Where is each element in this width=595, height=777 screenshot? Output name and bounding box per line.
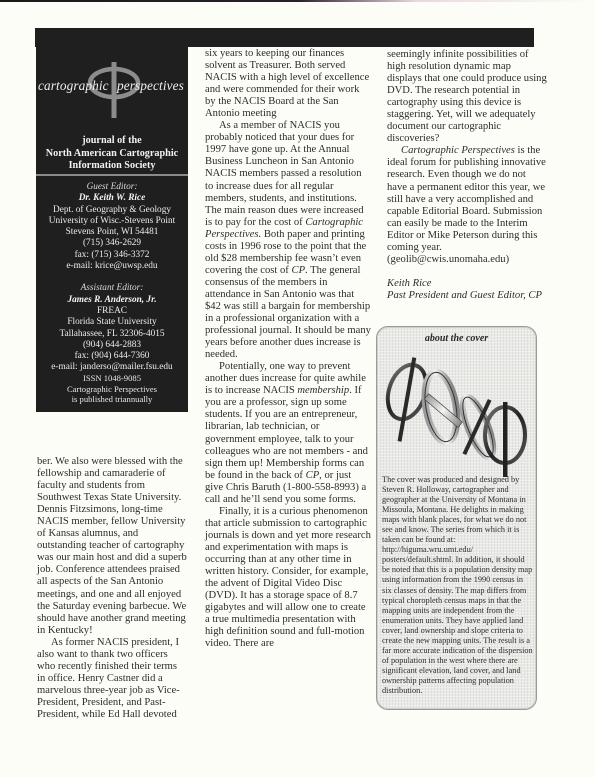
assistant-editor-university: Florida State University — [36, 317, 188, 328]
cp-italic: CP — [306, 470, 320, 481]
journal-title-italic: Cartographic Perspectives — [401, 145, 515, 156]
guest-editor-fax: fax: (715) 346-3372 — [36, 250, 188, 261]
guest-editor-city: Stevens Point, WI 54481 — [36, 227, 188, 238]
guest-editor-dept: Dept. of Geography & Geology — [36, 205, 188, 216]
assistant-editor-org: FREAC — [36, 306, 188, 317]
paragraph: Potentially, one way to prevent another … — [205, 361, 372, 506]
publication-frequency: is published triannually — [36, 394, 188, 405]
masthead-divider — [36, 174, 188, 176]
issn: ISSN 1048-9085 — [36, 373, 188, 384]
journal-logo: cartographic perspectives — [36, 62, 188, 118]
signature-title: Past President and Guest Editor, CP — [387, 290, 547, 302]
logo-word-cartographic: cartographic — [38, 78, 109, 94]
paragraph: Cartographic Perspectives is the ideal f… — [387, 145, 547, 265]
paragraph: Finally, it is a curious phenomenon that… — [205, 506, 372, 651]
journal-line: North American Cartographic — [36, 148, 188, 161]
assistant-editor-label: Assistant Editor: — [36, 283, 188, 294]
paragraph: ber. We also were blessed with the fello… — [37, 456, 187, 637]
publication-name: Cartographic Perspectives — [36, 384, 188, 395]
text-run: is the ideal forum for publishing innova… — [387, 145, 546, 264]
text-run: As a member of NACIS you probably notice… — [205, 120, 364, 227]
paragraph: seemingly infinite possibilities of high… — [387, 49, 547, 145]
cp-italic: CP — [292, 265, 306, 276]
paragraph: six years to keeping our finances solven… — [205, 48, 372, 120]
guest-editor-name: Dr. Keith W. Rice — [36, 193, 188, 204]
editor-contacts: Guest Editor: Dr. Keith W. Rice Dept. of… — [36, 182, 188, 374]
guest-editor-label: Guest Editor: — [36, 182, 188, 193]
journal-line: Information Society — [36, 160, 188, 173]
guest-editor-email: e-mail: krice@uwsp.edu — [36, 261, 188, 272]
assistant-editor-phone: (904) 644-2883 — [36, 340, 188, 351]
journal-line: journal of the — [36, 135, 188, 148]
guest-editor-university: University of Wisc.-Stevens Point — [36, 216, 188, 227]
assistant-editor-name: James R. Anderson, Jr. — [36, 295, 188, 306]
about-the-cover-box: about the cover The cover was — [376, 326, 537, 710]
membership-italic: membership — [297, 385, 349, 396]
text-run: . If you are a professor, sign up some s… — [205, 385, 368, 480]
logo-word-perspectives: perspectives — [117, 78, 184, 94]
phi-glyphs-illustration-icon — [381, 347, 533, 477]
article-column-2: six years to keeping our finances solven… — [205, 48, 372, 650]
about-the-cover-text: The cover was produced and designed by S… — [382, 475, 534, 696]
paragraph: As a member of NACIS you probably notice… — [205, 120, 372, 361]
article-column-1: ber. We also were blessed with the fello… — [37, 456, 187, 721]
journal-subtitle: journal of the North American Cartograph… — [36, 135, 188, 173]
assistant-editor-city: Tallahassee, FL 32306-4015 — [36, 329, 188, 340]
publication-info: ISSN 1048-9085 Cartographic Perspectives… — [36, 373, 188, 405]
page-top-edge — [0, 0, 595, 2]
text-run: . The general consensus of the members i… — [205, 265, 371, 360]
article-column-3: seemingly infinite possibilities of high… — [387, 49, 547, 302]
assistant-editor-fax: fax: (904) 644-7360 — [36, 351, 188, 362]
about-the-cover-title: about the cover — [377, 333, 536, 344]
paragraph: As former NACIS president, I also want t… — [37, 637, 187, 721]
guest-editor-phone: (715) 346-2629 — [36, 238, 188, 249]
signature-name: Keith Rice — [387, 278, 547, 290]
